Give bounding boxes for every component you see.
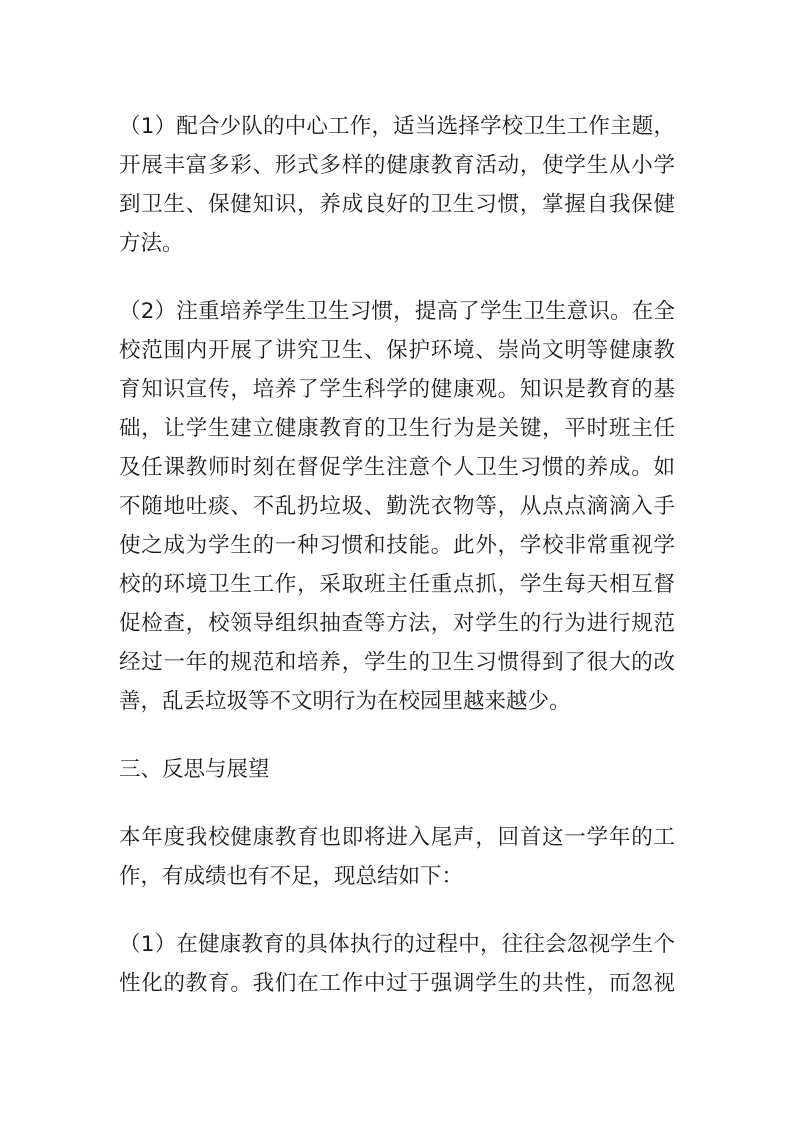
text-line: 校的环境卫生工作，采取班主任重点抓，学生每天相互督 bbox=[119, 565, 675, 604]
text-line: 方法。 bbox=[119, 224, 675, 263]
paragraph-hygiene-habits: （2）注重培养学生卫生习惯，提高了学生卫生意识。在全 校范围内开展了讲究卫生、保… bbox=[119, 292, 675, 721]
paragraph-health-activities: （1）配合少队的中心工作，适当选择学校卫生工作主题， 开展丰富多彩、形式多样的健… bbox=[119, 107, 675, 263]
text-line: 育知识宣传，培养了学生科学的健康观。知识是教育的基 bbox=[119, 370, 675, 409]
text-line: 到卫生、保健知识，养成良好的卫生习惯，掌握自我保健 bbox=[119, 185, 675, 224]
text-line: 经过一年的规范和培养，学生的卫生习惯得到了很大的改 bbox=[119, 643, 675, 682]
text-line: 促检查，校领导组织抽查等方法，对学生的行为进行规范 bbox=[119, 604, 675, 643]
text-line: 不随地吐痰、不乱扔垃圾、勤洗衣物等，从点点滴滴入手 bbox=[119, 487, 675, 526]
text-line: 善，乱丢垃圾等不文明行为在校园里越来越少。 bbox=[119, 682, 675, 721]
text-line: 础，让学生建立健康教育的卫生行为是关键，平时班主任 bbox=[119, 409, 675, 448]
section-heading-reflection: 三、反思与展望 bbox=[119, 750, 675, 789]
text-line: （1）配合少队的中心工作，适当选择学校卫生工作主题， bbox=[119, 107, 675, 146]
text-line: 作，有成绩也有不足，现总结如下： bbox=[119, 857, 675, 896]
text-line: 性化的教育。我们在工作中过于强调学生的共性，而忽视 bbox=[119, 964, 675, 1003]
text-line: 校范围内开展了讲究卫生、保护环境、崇尚文明等健康教 bbox=[119, 331, 675, 370]
text-line: （1）在健康教育的具体执行的过程中，往往会忽视学生个 bbox=[119, 925, 675, 964]
text-line: 开展丰富多彩、形式多样的健康教育活动，使学生从小学 bbox=[119, 146, 675, 185]
text-line: 使之成为学生的一种习惯和技能。此外，学校非常重视学 bbox=[119, 526, 675, 565]
paragraph-individualized-education: （1）在健康教育的具体执行的过程中，往往会忽视学生个 性化的教育。我们在工作中过… bbox=[119, 925, 675, 1003]
text-line: （2）注重培养学生卫生习惯，提高了学生卫生意识。在全 bbox=[119, 292, 675, 331]
text-line: 本年度我校健康教育也即将进入尾声，回首这一学年的工 bbox=[119, 818, 675, 857]
text-line: 及任课教师时刻在督促学生注意个人卫生习惯的养成。如 bbox=[119, 448, 675, 487]
document-page: （1）配合少队的中心工作，适当选择学校卫生工作主题， 开展丰富多彩、形式多样的健… bbox=[119, 107, 675, 1032]
heading-text: 三、反思与展望 bbox=[119, 750, 675, 789]
paragraph-year-summary: 本年度我校健康教育也即将进入尾声，回首这一学年的工 作，有成绩也有不足，现总结如… bbox=[119, 818, 675, 896]
